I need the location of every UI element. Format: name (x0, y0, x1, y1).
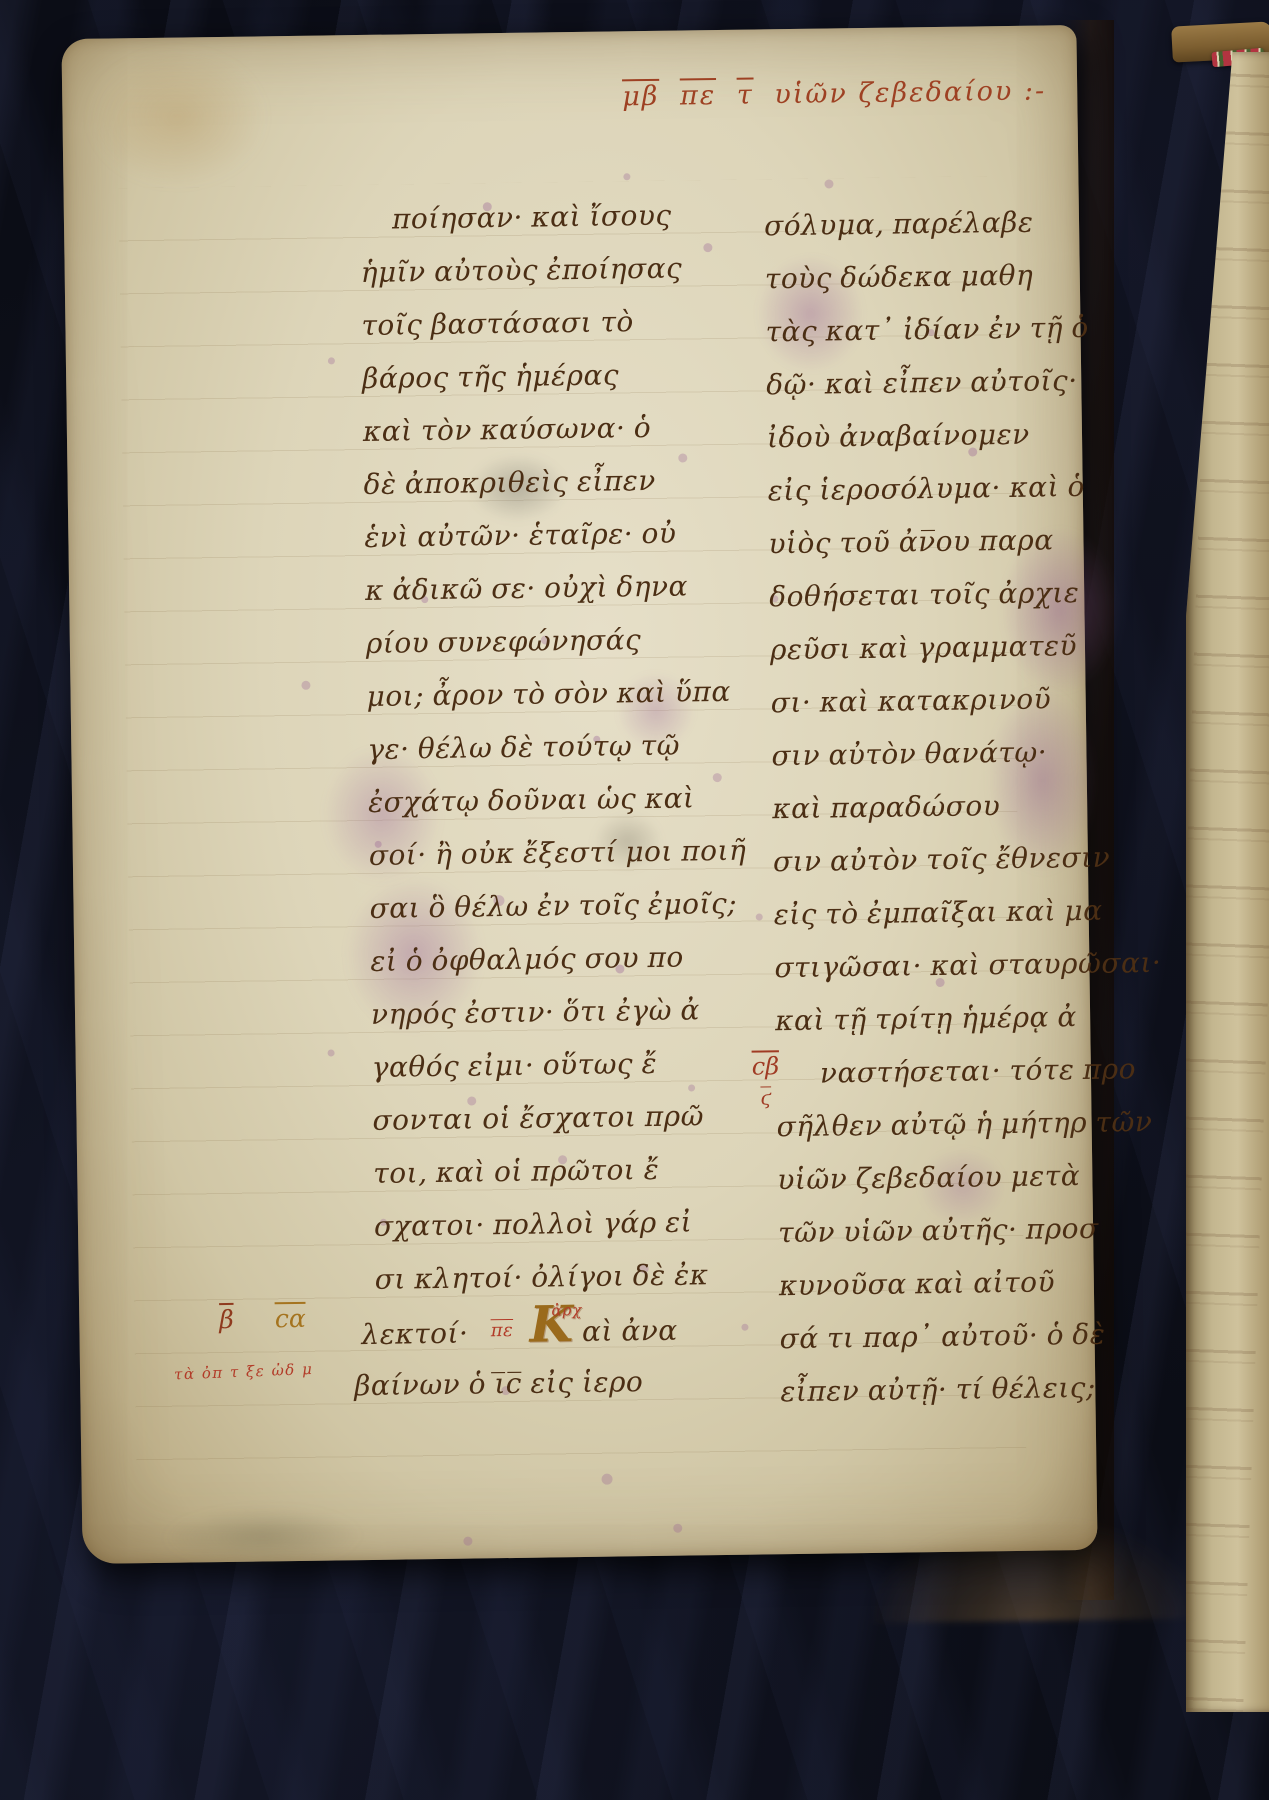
lection-pre-text: λεκτοί· (361, 1317, 468, 1351)
stain (87, 46, 269, 188)
left-margin-numbers: β ϲα (219, 1304, 306, 1334)
lection-initial-kappa: Κ ἀρχ (529, 1304, 574, 1345)
facing-page-fore-edge (1186, 52, 1269, 1712)
text-line: τὰς κατ᾽ ἰδίαν ἐν τῇ ὁ (765, 301, 1111, 359)
facing-page-script-marks (1157, 51, 1269, 1713)
rubricated-header: μβ πε τ υἱῶν ζεβεδαίου :- (622, 76, 1022, 113)
text-line: εἰς ἱεροσόλυμα· καὶ ὁ (767, 460, 1113, 518)
lection-post-text: αὶ ἀνα (582, 1314, 678, 1348)
right-text-column: σόλυμα, παρέλαβετοὺς δώδεκα μαθητὰς κατ᾽… (764, 195, 1126, 1419)
text-line: σι· καὶ κατακρινοῦ (770, 672, 1116, 730)
parchment-page: μβ πε τ υἱῶν ζεβεδαίου :- ποίησαν· καὶ ἴ… (61, 25, 1097, 1564)
text-line: δοθήσεται τοῖς ἀρχιε (769, 566, 1115, 624)
text-line: στιγῶσαι· καὶ σταυρῶσαι· (774, 936, 1120, 994)
eusebian-section-number: ϲβ (752, 1051, 780, 1081)
lection-start-line: λεκτοί· πε Κ ἀρχ αὶ ἀνα (361, 1300, 766, 1359)
text-line: υἱὸς τοῦ ἀν̅ου παρα (768, 513, 1114, 571)
telos-rubric-mark: πε (491, 1320, 514, 1341)
stain (872, 1519, 1193, 1623)
text-line: ἑνὶ αὐτῶν· ἑταῖρε· οὐ (364, 506, 755, 564)
text-line: σονται οἱ ἔσχατοι πρῶ (372, 1088, 763, 1146)
text-line: σχατοι· πολλοὶ γάρ εἰ (374, 1194, 765, 1252)
text-line: ρεῦσι καὶ γραμματεῦ (770, 619, 1116, 677)
margin-number-sa: ϲα (275, 1304, 306, 1333)
text-line: σιν αὐτὸν τοῖς ἔθνεσιν (773, 830, 1119, 888)
peri-abbreviation: πε (680, 80, 717, 112)
text-line: σόλυμα, παρέλαβε (764, 195, 1110, 253)
text-line: τοῖς βαστάσασι τὸ (361, 294, 752, 352)
eusebian-canon-number: ϛ (752, 1083, 780, 1113)
text-line: καὶ τὸν καύσωνα· ὁ (363, 400, 754, 458)
text-line: ἐσχάτῳ δοῦναι ὡς καὶ (368, 771, 759, 829)
text-line: σῆλθεν αὐτῷ ἡ μήτηρ τῶν (776, 1095, 1122, 1153)
text-line: ἡμῖν αὐτοὺς ἐποίησας (360, 241, 751, 299)
text-line: βαίνων ὁ ι̅ϲ̅ εἰς ἱερο (354, 1353, 767, 1412)
text-line: τοι, καὶ οἱ πρῶτοι ἔ (373, 1141, 764, 1199)
margin-number-beta: β (219, 1305, 234, 1334)
text-line: νηρός ἐστιν· ὅτι ἐγὼ ἀ (371, 982, 762, 1040)
text-line: καὶ τῇ τρίτῃ ἡμέρᾳ ἀ (775, 989, 1121, 1047)
manuscript-photograph: μβ πε τ υἱῶν ζεβεδαίου :- ποίησαν· καὶ ἴ… (0, 0, 1269, 1800)
stain-speckles (61, 39, 68, 46)
text-line: σοί· ἢ οὐκ ἔξεστί μοι ποιῆ (368, 824, 759, 882)
text-line: καὶ παραδώσου (772, 777, 1118, 835)
kephalaion-title: υἱῶν ζεβεδαίου :- (774, 75, 1046, 110)
text-line: μοι; ἆρον τὸ σὸν καὶ ὕπα (366, 665, 757, 723)
ton-abbreviation: τ (737, 79, 754, 110)
text-line: ρίου συνεφώνησάς (366, 612, 757, 670)
eusebian-apparatus: ϲβ ϛ (752, 1051, 780, 1113)
text-line: σαι ὃ θέλω ἐν τοῖς ἐμοῖς; (369, 876, 760, 934)
left-column-lines: ποίησαν· καὶ ἴσουςἡμῖν αὐτοὺς ἐποίησαςτο… (360, 188, 766, 1306)
text-line: εἰς τὸ ἐμπαῖξαι καὶ μα (773, 883, 1119, 941)
text-line: δῷ· καὶ εἶπεν αὐτοῖς· (766, 354, 1112, 412)
text-line: κυνοῦσα καὶ αἰτοῦ (779, 1254, 1125, 1312)
text-line: γε· θέλω δὲ τούτῳ τῷ (367, 718, 758, 776)
text-line: εἰ ὁ ὀφθαλμός σου πο (370, 929, 761, 987)
text-line: κ ἀδικῶ σε· οὐχὶ δηνα (365, 559, 756, 617)
left-text-column: ποίησαν· καὶ ἴσουςἡμῖν αὐτοὺς ἐποίησαςτο… (360, 188, 767, 1412)
stain (162, 1505, 363, 1568)
text-line: δὲ ἀποκριθεὶς εἶπεν (363, 453, 754, 511)
text-line: σά τι παρ᾽ αὐτοῦ· ὁ δὲ (779, 1307, 1125, 1365)
text-line: εἶπεν αὐτῇ· τί θέλεις; (780, 1360, 1126, 1418)
text-line: τοὺς δώδεκα μαθη (764, 248, 1110, 306)
kephalaion-number: μβ (622, 81, 660, 113)
right-column-lines: σόλυμα, παρέλαβετοὺς δώδεκα μαθητὰς κατ᾽… (764, 195, 1126, 1419)
text-line: τῶν υἱῶν αὐτῆς· προσ (778, 1201, 1124, 1259)
text-line: ναστήσεται· τότε προ (776, 1042, 1122, 1100)
text-line: σιν αὐτὸν θανάτῳ· (771, 725, 1117, 783)
left-margin-rubric-note: τὰ ὀπ τ ξε ὠδ μ (174, 1360, 314, 1384)
text-line: γαθός εἰμι· οὕτως ἔ (371, 1035, 762, 1093)
text-line: υἱῶν ζεβεδαίου μετὰ (777, 1148, 1123, 1206)
arche-rubric-note: ἀρχ (551, 1290, 583, 1330)
text-line: βάρος τῆς ἡμέρας (362, 347, 753, 405)
text-line: ποίησαν· καὶ ἴσους (360, 188, 751, 246)
text-line: ἰδοὺ ἀναβαίνομεν (767, 407, 1113, 465)
